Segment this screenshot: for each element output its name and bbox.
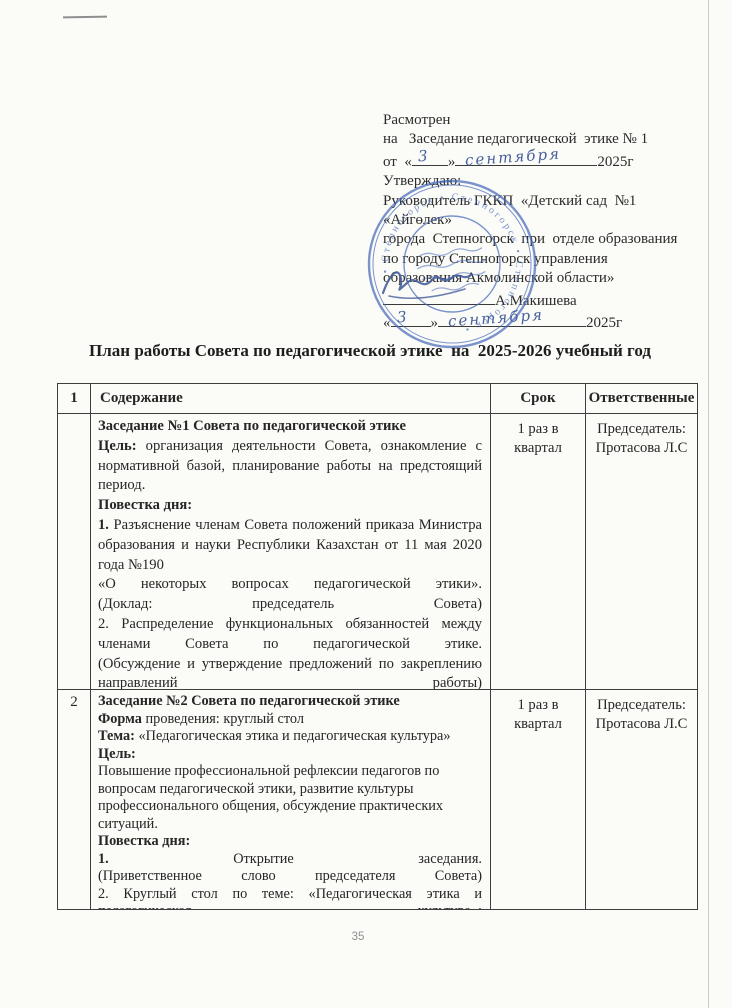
text-line: Протасова Л.С — [586, 715, 697, 734]
text-segment: Заседание №1 Совета по педагогической эт… — [98, 418, 406, 434]
paragraph: 1. Открытие заседания. — [98, 851, 482, 869]
paragraph: Форма проведения: круглый стол — [98, 711, 482, 729]
date-day-blank: 3 — [391, 311, 431, 327]
text-segment: (Обсуждение и утверждение предложений по… — [98, 656, 482, 689]
paragraph: (Обсуждение и утверждение предложений по… — [98, 655, 482, 689]
paragraph: Цель: — [98, 746, 482, 764]
text-line: 1 раз в — [491, 696, 585, 715]
page-number: 35 — [0, 931, 716, 943]
text-segment: 2. Круглый стол по теме: «Педагогическая… — [98, 886, 482, 910]
text-segment: «Педагогическая этика и педагогическая к… — [135, 728, 451, 744]
text-segment: (Доклад: председатель Совета) — [98, 596, 482, 612]
text-segment: «О некоторых вопросах педагогической эти… — [98, 576, 482, 592]
header-term-cell: Срок — [491, 384, 586, 414]
date-day-blank: 3 — [412, 150, 448, 166]
table-row: 2 Заседание №2 Совета по педагогической … — [58, 690, 698, 910]
text-segment: проведения: круглый стол — [142, 711, 304, 727]
text-line: Председатель: — [586, 696, 697, 715]
text-line: 1 раз в — [491, 420, 585, 439]
paragraph: 1. Разъяснение членам Совета положений п… — [98, 516, 482, 575]
paragraph: Заседание №1 Совета по педагогической эт… — [98, 417, 482, 437]
header-number-cell: 1 — [58, 384, 91, 414]
text-segment: 2. Распределение функциональных обязанно… — [98, 616, 482, 652]
date-close: » — [431, 315, 439, 331]
row-term-cell: 1 раз вквартал — [491, 690, 586, 910]
approval-block: Расмотрен на Заседание педагогической эт… — [383, 111, 713, 333]
text-line: «Айгөлек» — [383, 211, 713, 230]
text-line: Руководитель ГККП «Детский сад №1 — [383, 192, 713, 211]
paragraph: Повестка дня: — [98, 496, 482, 516]
paragraph: (Приветственное слово председателя Совет… — [98, 868, 482, 886]
text-line: Протасова Л.С — [586, 439, 697, 458]
text-segment: 1. — [98, 851, 109, 867]
paragraph: «О некоторых вопросах педагогической эти… — [98, 575, 482, 595]
text-segment: Повестка дня: — [98, 833, 190, 849]
text-segment: Тема: — [98, 728, 135, 744]
paragraph: 2. Распределение функциональных обязанно… — [98, 615, 482, 655]
signature-scribble — [377, 263, 487, 303]
text-segment: Цель: — [98, 438, 137, 454]
row-term-cell: 1 раз вквартал — [491, 414, 586, 690]
table-header-row: 1 Содержание Срок Ответственные — [58, 384, 698, 414]
text-segment: Повышение профессиональной рефлексии пед… — [98, 763, 443, 832]
text-segment: Цель: — [98, 746, 136, 762]
approve-date-line: «3»сентября2025г — [383, 311, 713, 333]
paragraph: Тема: «Педагогическая этика и педагогиче… — [98, 728, 482, 746]
table-row: Заседание №1 Совета по педагогической эт… — [58, 414, 698, 690]
header-content-cell: Содержание — [91, 384, 491, 414]
corner-dash-mark — [63, 16, 107, 19]
text-line: Председатель: — [586, 420, 697, 439]
text-line: города Степногорск при отделе образовани… — [383, 230, 713, 249]
paragraph: 2. Круглый стол по теме: «Педагогическая… — [98, 886, 482, 910]
row-responsible-cell: Председатель:Протасова Л.С — [586, 414, 698, 690]
text-segment: Заседание №2 Совета по педагогической эт… — [98, 693, 400, 709]
scanned-document-page: Расмотрен на Заседание педагогической эт… — [0, 0, 732, 1008]
text-line: квартал — [491, 439, 585, 458]
row-number-cell — [58, 414, 91, 690]
paragraph: Цель: организация деятельности Совета, о… — [98, 437, 482, 496]
handwritten-day: 3 — [396, 308, 408, 328]
text-segment: (Приветственное слово председателя Совет… — [98, 868, 482, 884]
signature-blank — [383, 289, 495, 305]
reviewed-label: Расмотрен — [383, 111, 713, 130]
review-date-line: от «3»сентября2025г — [383, 150, 713, 172]
row-content-cell: Заседание №2 Совета по педагогической эт… — [91, 690, 491, 910]
text-segment: организация деятельности Совета, ознаком… — [98, 438, 482, 494]
paragraph: Повестка дня: — [98, 833, 482, 851]
signature-line: А.Макишева — [383, 289, 713, 311]
row-responsible-cell: Председатель:Протасова Л.С — [586, 690, 698, 910]
text-segment: Форма — [98, 711, 142, 727]
text-line: квартал — [491, 715, 585, 734]
handwritten-day: 3 — [417, 146, 429, 166]
text-segment: Разъяснение членам Совета положений прик… — [98, 517, 482, 573]
approve-label: Утверждаю: — [383, 172, 713, 191]
text-segment: Открытие заседания. — [109, 851, 482, 867]
paragraph: Заседание №2 Совета по педагогической эт… — [98, 693, 482, 711]
date-year: 2025г — [597, 154, 633, 170]
date-year: 2025г — [586, 315, 622, 331]
date-prefix: от « — [383, 154, 412, 170]
header-responsible-cell: Ответственные — [586, 384, 698, 414]
text-segment: 1. — [98, 517, 109, 533]
plan-table: 1 Содержание Срок Ответственные Заседани… — [57, 383, 698, 910]
paragraph: (Доклад: председатель Совета) — [98, 595, 482, 615]
date-month-blank: сентября — [455, 150, 597, 166]
text-segment: Повестка дня: — [98, 497, 192, 513]
date-prefix: « — [383, 315, 391, 331]
date-close: » — [448, 154, 456, 170]
document-title: План работы Совета по педагогической эти… — [40, 341, 700, 361]
row-number-cell: 2 — [58, 690, 91, 910]
paragraph: Повышение профессиональной рефлексии пед… — [98, 763, 482, 833]
date-month-blank: сентября — [438, 311, 586, 327]
row-content-cell: Заседание №1 Совета по педагогической эт… — [91, 414, 491, 690]
